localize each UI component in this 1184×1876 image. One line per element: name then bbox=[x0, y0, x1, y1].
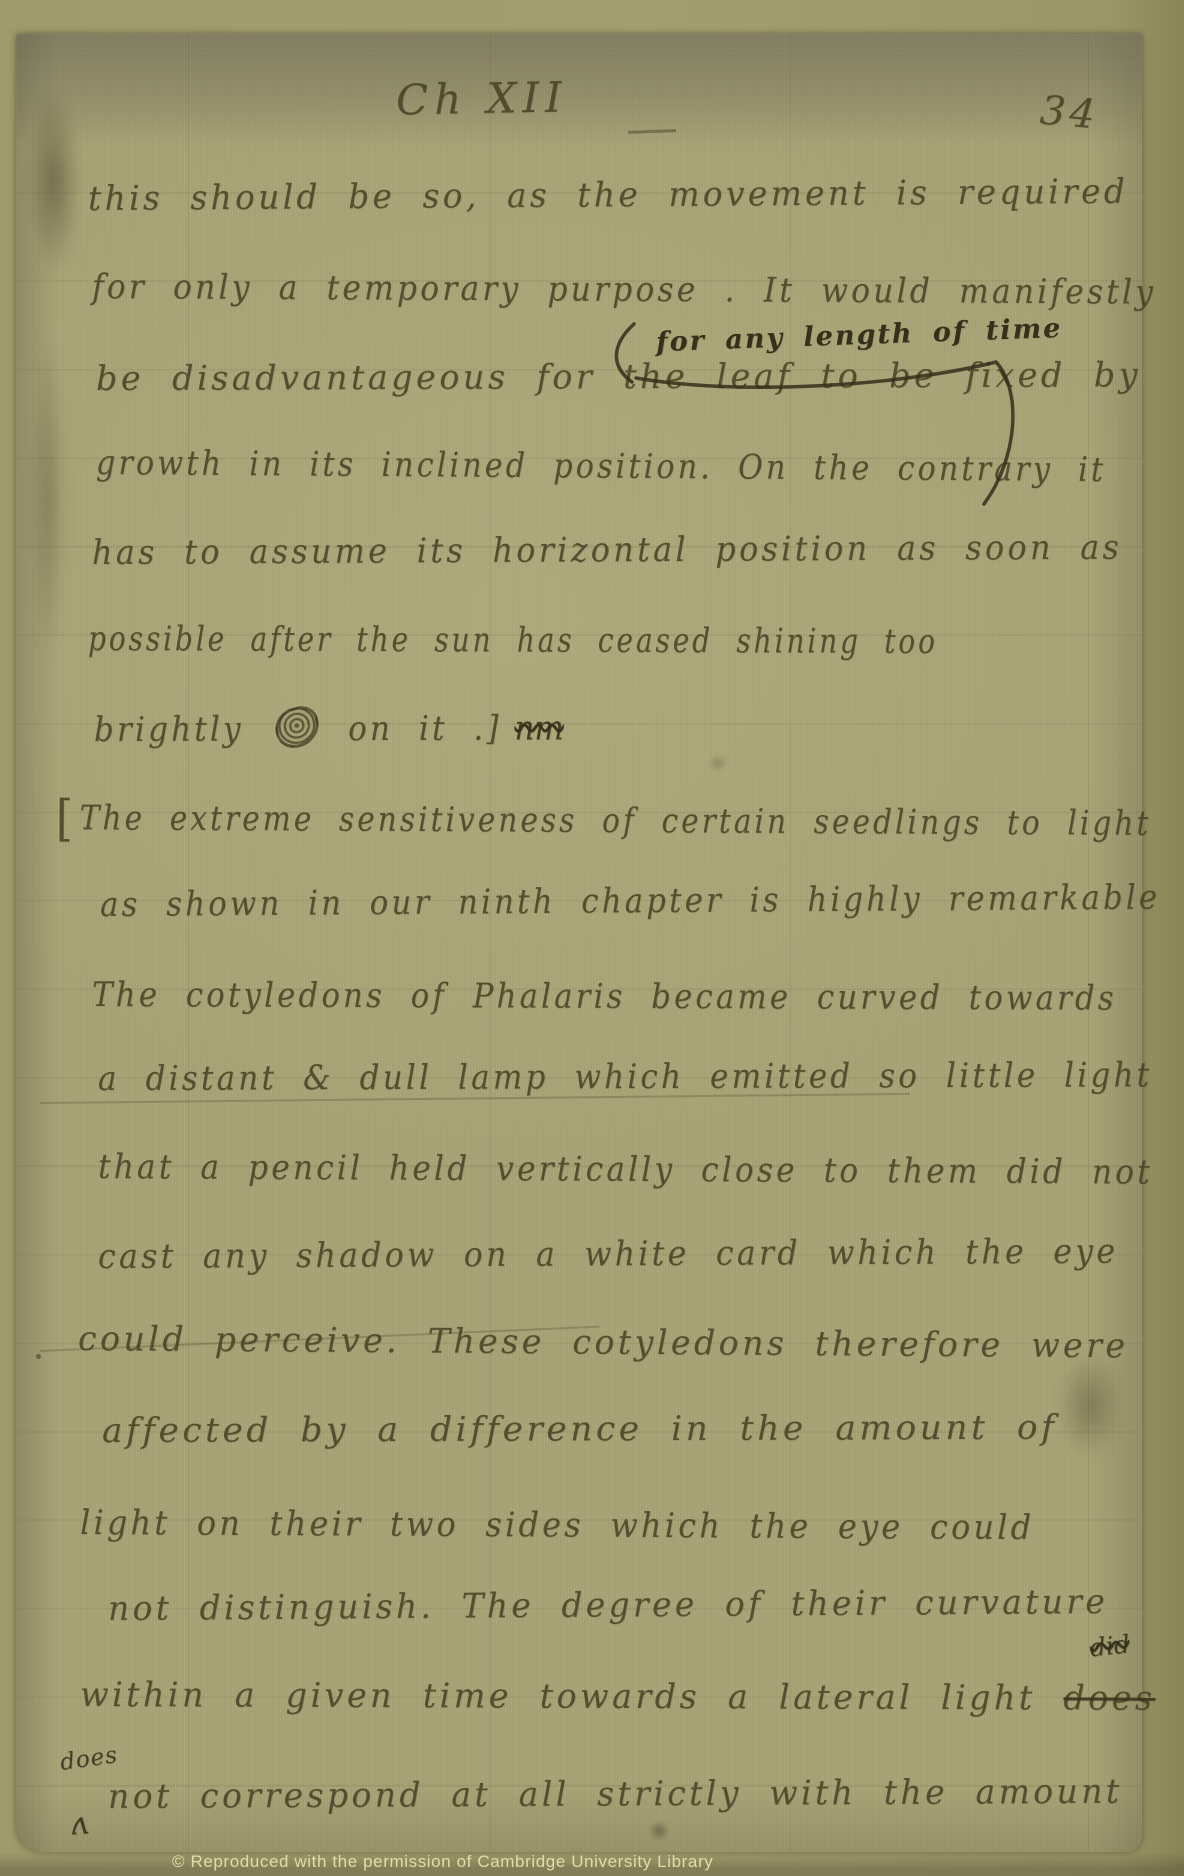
manuscript-line: possible after the sun has ceased shinin… bbox=[88, 620, 938, 662]
manuscript-line: a distant & dull lamp which emitted so l… bbox=[98, 1056, 1152, 1099]
stain bbox=[644, 1816, 674, 1846]
manuscript-line: this should be so, as the movement is re… bbox=[88, 173, 1128, 219]
copyright-credit: © Reproduced with the permission of Camb… bbox=[172, 1852, 713, 1872]
manuscript-line: cast any shadow on a white card which th… bbox=[98, 1233, 1118, 1277]
manuscript-line: brightly on it .]nm bbox=[94, 706, 564, 750]
manuscript-line: that a pencil held vertically close to t… bbox=[98, 1148, 1153, 1193]
manuscript-line: for only a temporary purpose . It would … bbox=[92, 268, 1156, 313]
pencil-dot bbox=[36, 1354, 41, 1359]
chapter-heading: Ch XII bbox=[396, 73, 568, 125]
manuscript-line: within a given time towards a lateral li… bbox=[80, 1676, 1156, 1719]
top-smudge bbox=[16, 34, 1142, 142]
manuscript-line: growth in its inclined position. On the … bbox=[96, 444, 1106, 490]
margin-note: does bbox=[58, 1742, 119, 1776]
manuscript-line: not distinguish. The degree of their cur… bbox=[108, 1583, 1108, 1629]
manuscript-line: as shown in our ninth chapter is highly … bbox=[100, 879, 1160, 925]
page-number: 34 bbox=[1038, 88, 1101, 139]
ink-blot bbox=[272, 703, 322, 752]
manuscript-line: The cotyledons of Phalaris became curved… bbox=[92, 976, 1117, 1019]
manuscript-line: not correspond at all strictly with the … bbox=[108, 1773, 1123, 1817]
manuscript-line: has to assume its horizontal position as… bbox=[92, 529, 1122, 573]
manuscript-line: [The extreme sensitiveness of certain se… bbox=[56, 790, 1152, 852]
stain bbox=[22, 284, 74, 714]
manuscript-page: Ch XII 34 this should be so, as the move… bbox=[16, 34, 1142, 1852]
insertion-caret: ʌ bbox=[69, 1803, 90, 1842]
deleted-word: did bbox=[1074, 1630, 1131, 1664]
stain bbox=[704, 752, 732, 774]
manuscript-line: be disadvantageous for the leaf to be fi… bbox=[96, 356, 1141, 399]
manuscript-line: could perceive. These cotyledons therefo… bbox=[78, 1320, 1129, 1366]
interline-insertion: for any length of time bbox=[656, 313, 1063, 358]
manuscript-scan: Ch XII 34 this should be so, as the move… bbox=[0, 0, 1184, 1876]
manuscript-line: light on their two sides which the eye c… bbox=[80, 1504, 1035, 1548]
manuscript-line: affected by a difference in the amount o… bbox=[102, 1409, 1057, 1451]
